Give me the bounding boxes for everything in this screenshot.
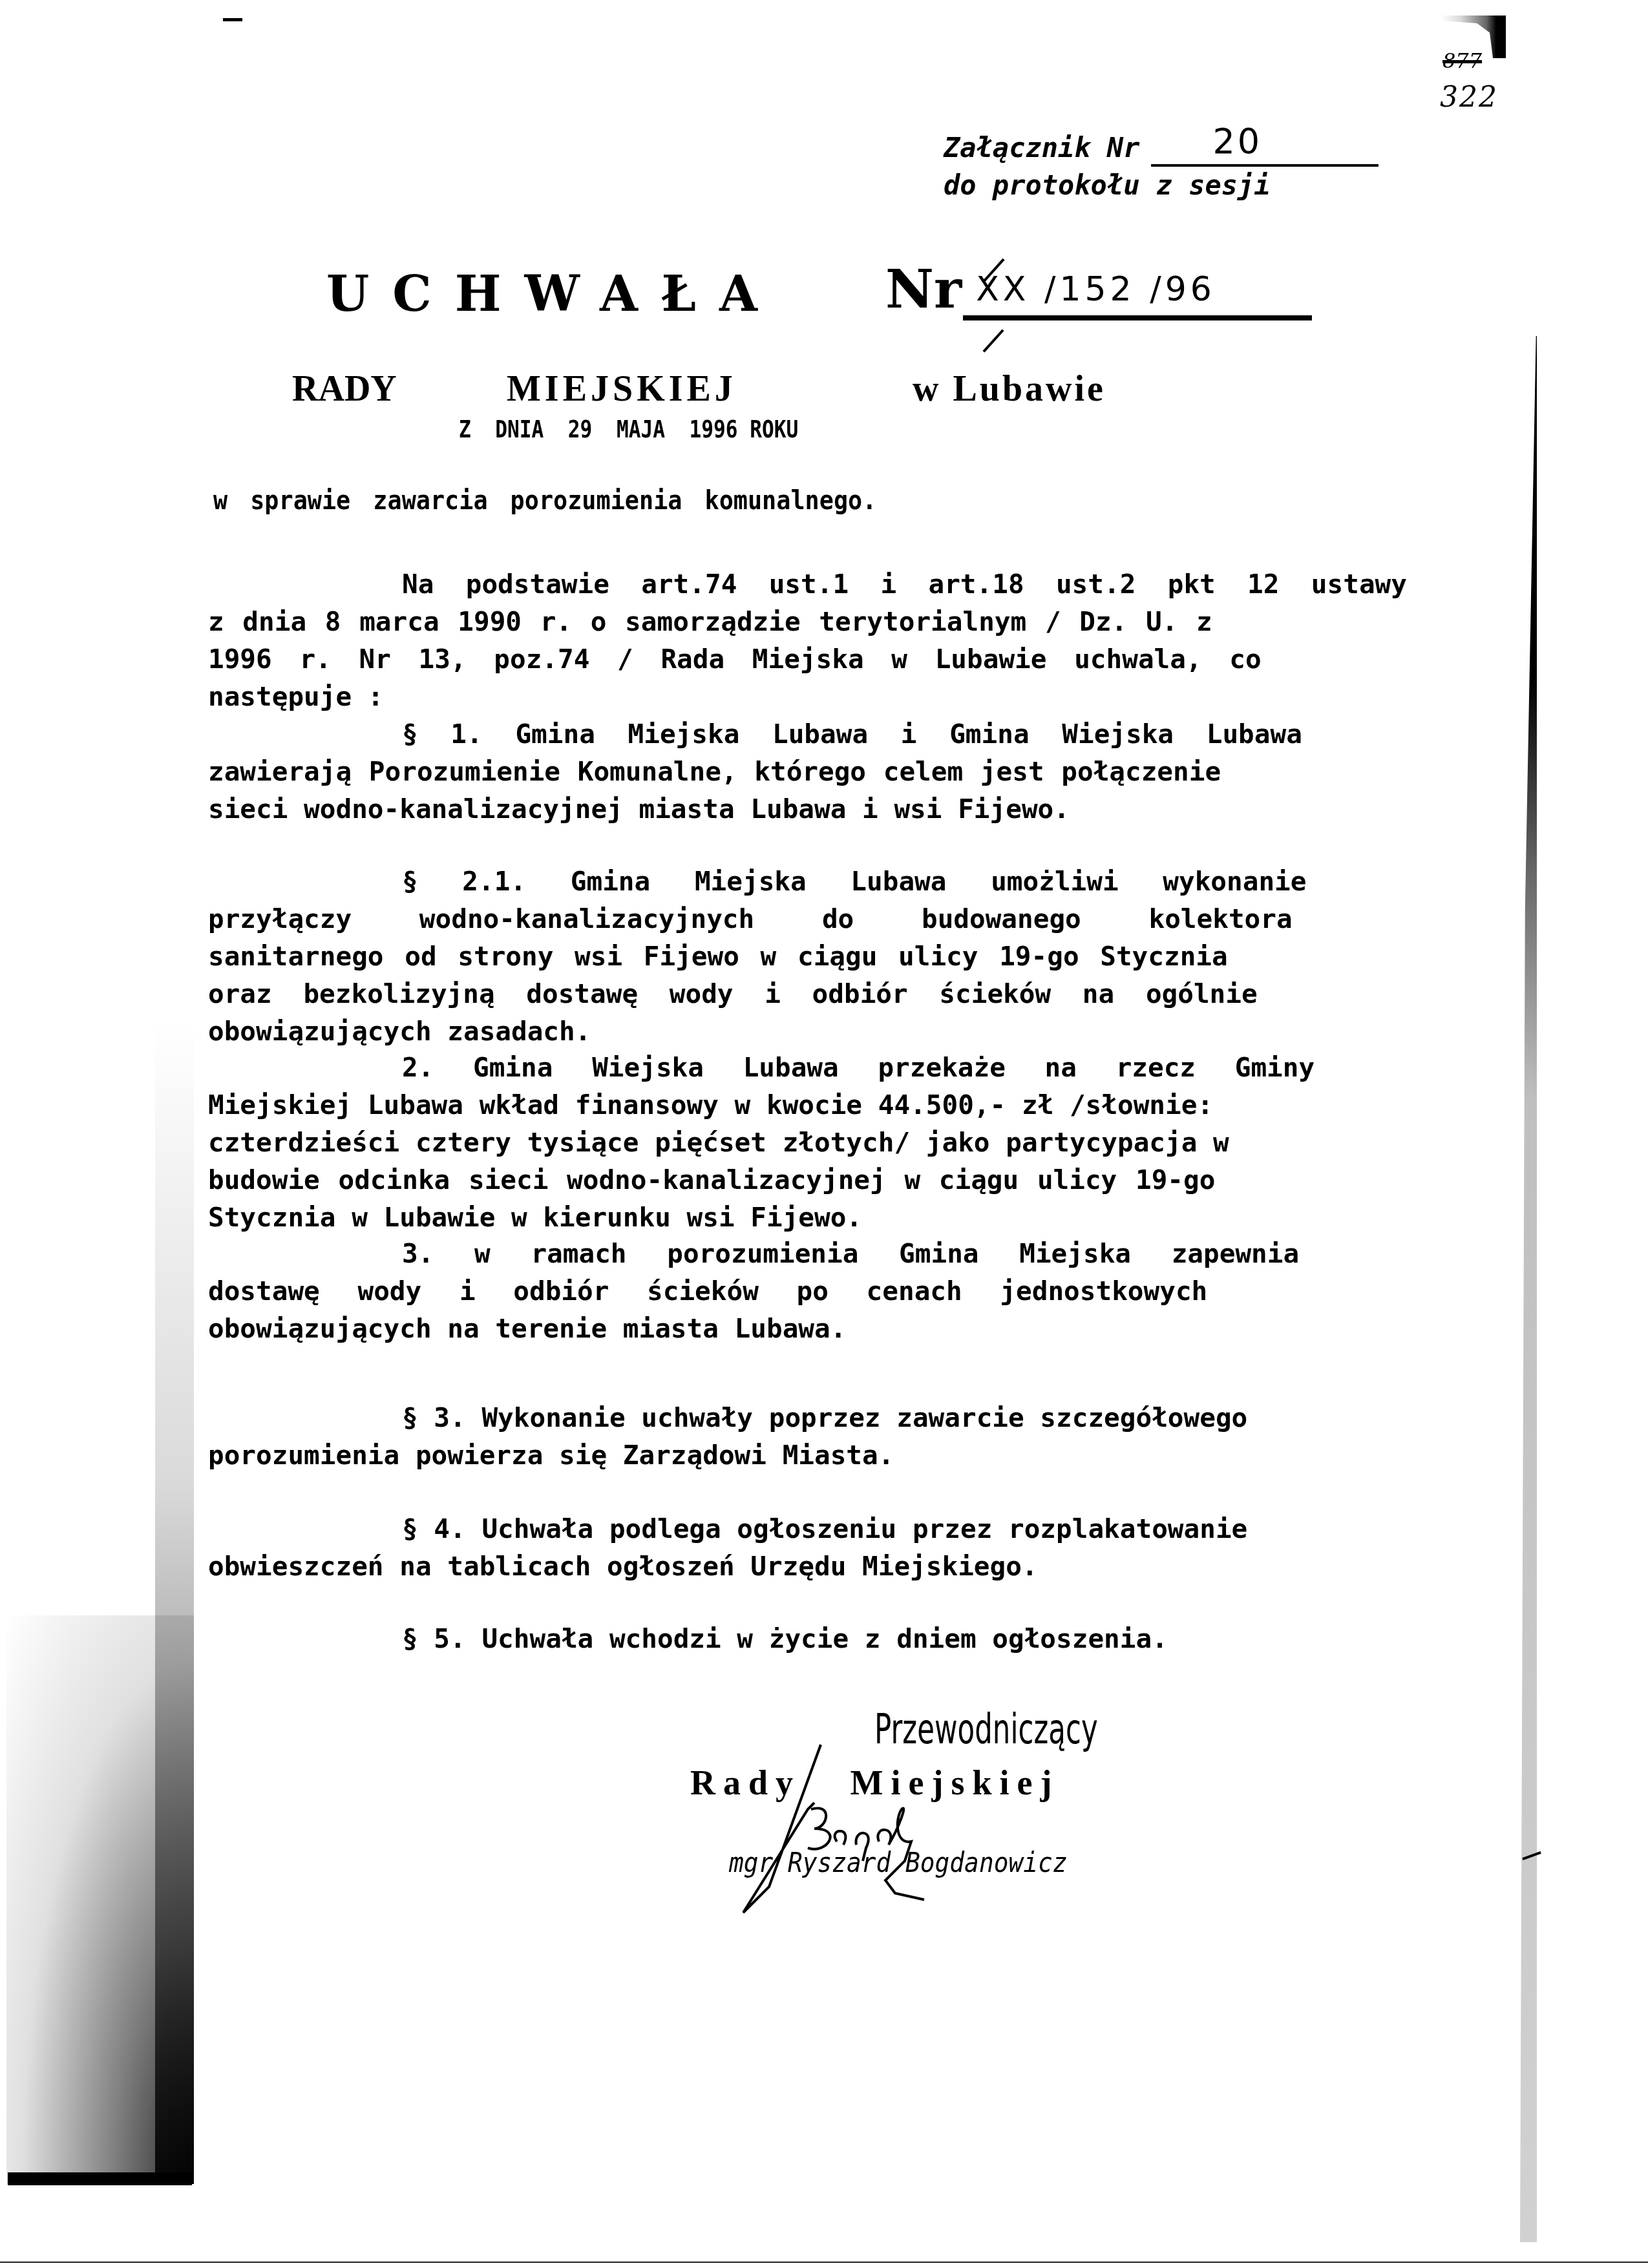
text-line: budowie odcinka sieci wodno-kanalizacyjn…: [208, 1164, 1407, 1195]
text-line: § 4. Uchwała podlega ogłoszeniu przez ro…: [402, 1513, 1407, 1544]
text-line: § 2.1. Gmina Miejska Lubawa umożliwi wyk…: [402, 866, 1407, 897]
text-line: sieci wodno-kanalizacyjnej miasta Lubawa…: [208, 793, 1407, 824]
text-line: następuje :: [208, 681, 1407, 712]
scan-edge-streak: [1520, 336, 1537, 2242]
scan-edge-base: [8, 2172, 192, 2185]
text-line: Miejskiej Lubawa wkład finansowy w kwoci…: [208, 1089, 1407, 1120]
nr-handwritten: XX /152 /96: [976, 270, 1216, 309]
word: podstawie: [466, 569, 609, 600]
council-word-miejskiej: MIEJSKIEJ: [507, 368, 737, 410]
text-line: Napodstawieart.74ust.1iart.18ust.2pkt12u…: [402, 569, 1407, 600]
nr-field: XX /152 /96: [963, 270, 1312, 320]
text-line: § 5. Uchwała wchodzi w życie z dniem ogł…: [402, 1623, 1407, 1654]
text-line: porozumienia powierza się Zarządowi Mias…: [208, 1440, 1407, 1471]
word: ustawy: [1311, 569, 1407, 600]
word: pkt: [1168, 569, 1216, 600]
word: ust.1: [769, 569, 849, 600]
word: ust.2: [1056, 569, 1136, 600]
text-line: dostawę wody i odbiór ścieków po cenach …: [208, 1276, 1407, 1307]
text-line: § 1. Gmina Miejska Lubawa i Gmina Wiejsk…: [402, 719, 1407, 750]
text-line: oraz bezkolizyjną dostawę wody i odbiór …: [208, 978, 1407, 1009]
text-line: obowiązujących na terenie miasta Lubawa.: [208, 1313, 1407, 1344]
page-number: 322: [1440, 81, 1498, 114]
council-word-lubawie: w Lubawie: [913, 368, 1106, 410]
resolution-number: Nr XX /152 /96: [885, 258, 1312, 320]
struck-page-number: 877: [1442, 48, 1482, 73]
scan-bottom-edge: [0, 2262, 1648, 2263]
text-line: obowiązujących zasadach.: [208, 1016, 1407, 1047]
attachment-number-field: 20: [1151, 138, 1379, 167]
text-line: obwieszczeń na tablicach ogłoszeń Urzędu…: [208, 1551, 1407, 1582]
text-line: 1996 r. Nr 13, poz.74 / Rada Miejska w L…: [208, 644, 1407, 675]
handwritten-signature: [730, 1732, 989, 1926]
attachment-number: 20: [1212, 123, 1262, 160]
text-line: sanitarnego od strony wsi Fijewo w ciągu…: [208, 941, 1407, 972]
handwritten-stroke: [982, 329, 1004, 352]
text-line: czterdzieści cztery tysiące pięćset złot…: [208, 1127, 1407, 1158]
word: 12: [1247, 569, 1279, 600]
word: i: [880, 569, 896, 600]
scan-corner-shadow-bottom: [6, 1615, 194, 2184]
text-line: 2. Gmina Wiejska Lubawa przekaże na rzec…: [402, 1052, 1407, 1083]
attachment-label: Załącznik Nr: [944, 129, 1139, 167]
council-word-rady: RADY: [292, 368, 397, 410]
subject-line: w sprawie zawarcia porozumienia komunaln…: [213, 486, 876, 516]
text-line: 3. w ramach porozumienia Gmina Miejska z…: [402, 1238, 1407, 1269]
attachment-header: Załącznik Nr 20 do protokołu z sesji: [944, 129, 1379, 204]
word: Na: [402, 569, 434, 600]
nr-label: Nr: [885, 258, 962, 320]
text-line: przyłączy wodno-kanalizacyjnych do budow…: [208, 903, 1407, 934]
document-title: UCHWAŁA: [326, 265, 781, 322]
resolution-date: Z DNIA 29 MAJA 1996 ROKU: [459, 415, 798, 443]
text-line: Stycznia w Lubawie w kierunku wsi Fijewo…: [208, 1202, 1407, 1233]
text-line: z dnia 8 marca 1990 r. o samorządzie ter…: [208, 606, 1407, 637]
scan-mark: [223, 18, 242, 21]
word: art.74: [641, 569, 737, 600]
text-line: zawierają Porozumienie Komunalne, któreg…: [208, 756, 1407, 787]
text-line: § 3. Wykonanie uchwały poprzez zawarcie …: [402, 1402, 1407, 1433]
word: art.18: [928, 569, 1024, 600]
attachment-subline: do protokołu z sesji: [944, 167, 1379, 204]
